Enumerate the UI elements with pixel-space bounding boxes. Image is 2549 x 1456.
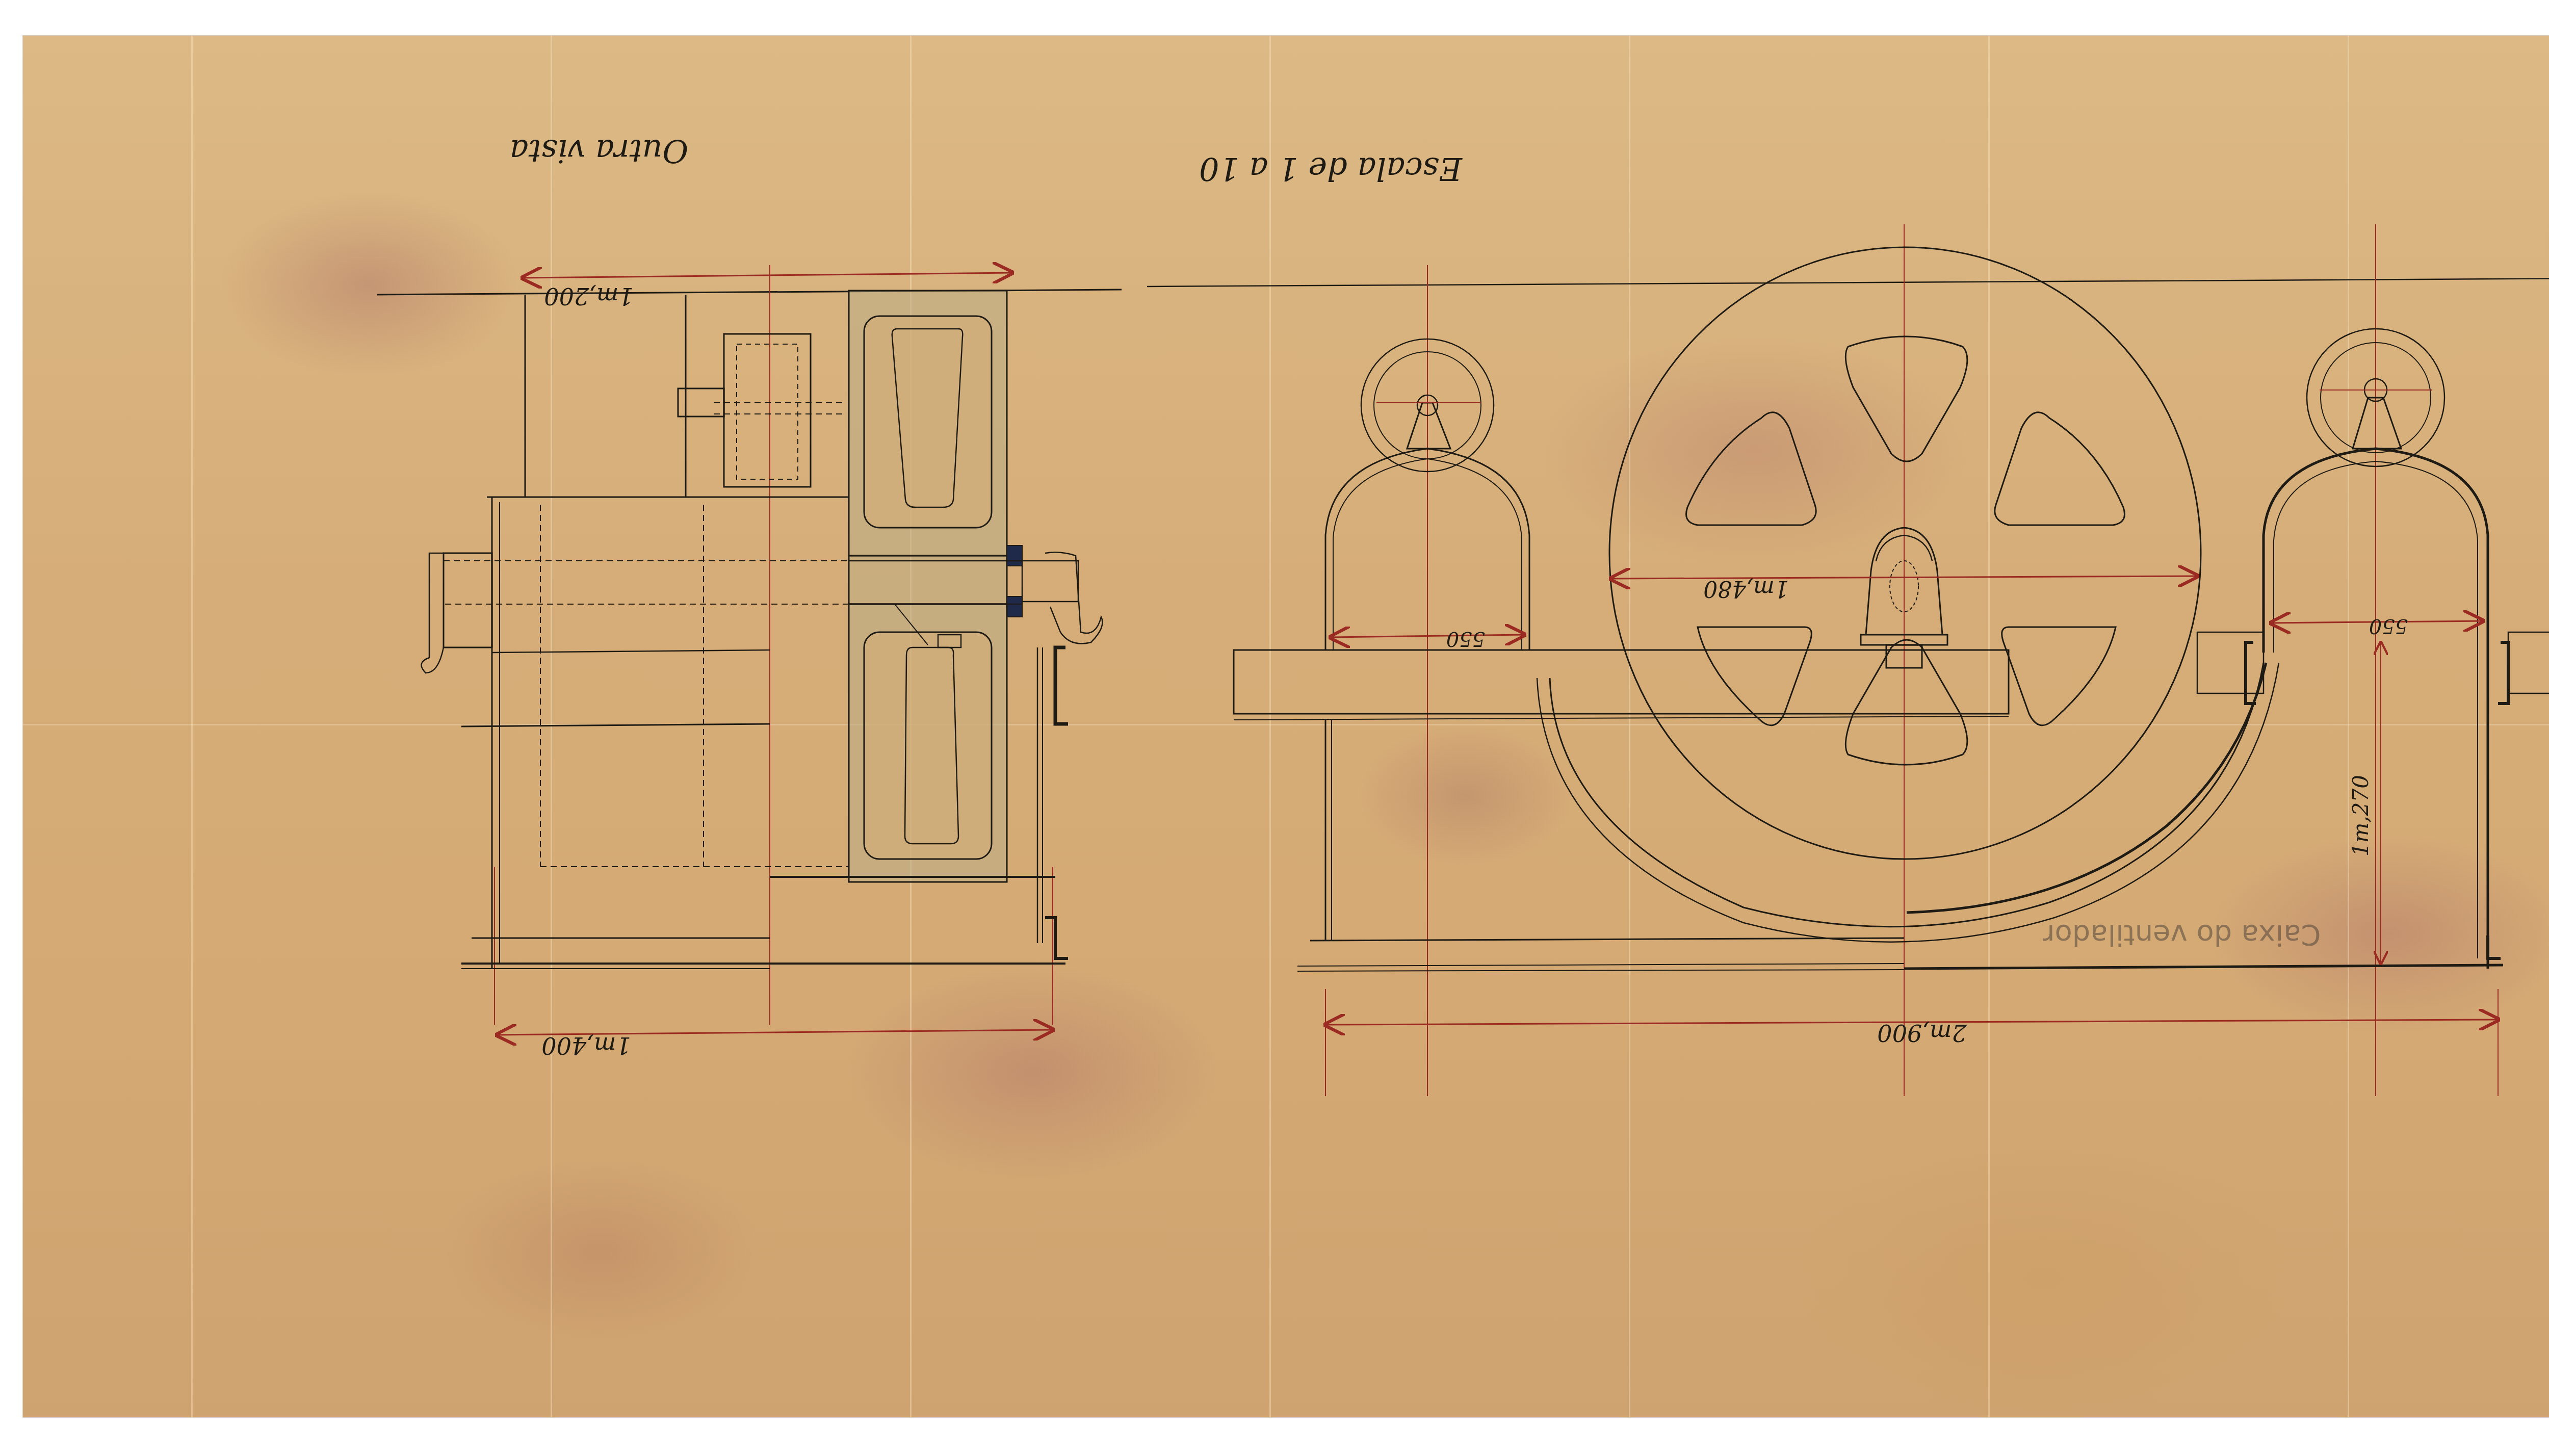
dim-left-bottom-width: 1m,400 (541, 1032, 631, 1059)
front-elevation-view (1147, 224, 2549, 1096)
dim-wheel-diameter: 1m,480 (1703, 576, 1789, 602)
dim-right-arch-width: 550 (2369, 614, 2408, 638)
dim-left-arch-width: 550 (1446, 627, 1485, 651)
dim-left-top-width: 1m,200 (544, 282, 633, 310)
annotations: Outra vista Escala de 1 a 10 Caixa do ve… (510, 66, 2549, 1420)
housing-note: Caixa do ventilador (2042, 918, 2321, 951)
technical-drawing: Outra vista Escala de 1 a 10 Caixa do ve… (0, 0, 2549, 1456)
dim-right-height: 1m,270 (2348, 775, 2373, 856)
scale-title: Escala de 1 a 10 (1199, 150, 1463, 188)
left-view-title: Outra vista (510, 133, 689, 170)
side-section-view (377, 265, 1122, 1035)
dim-main-overall-width: 2m,900 (1877, 1019, 1967, 1047)
